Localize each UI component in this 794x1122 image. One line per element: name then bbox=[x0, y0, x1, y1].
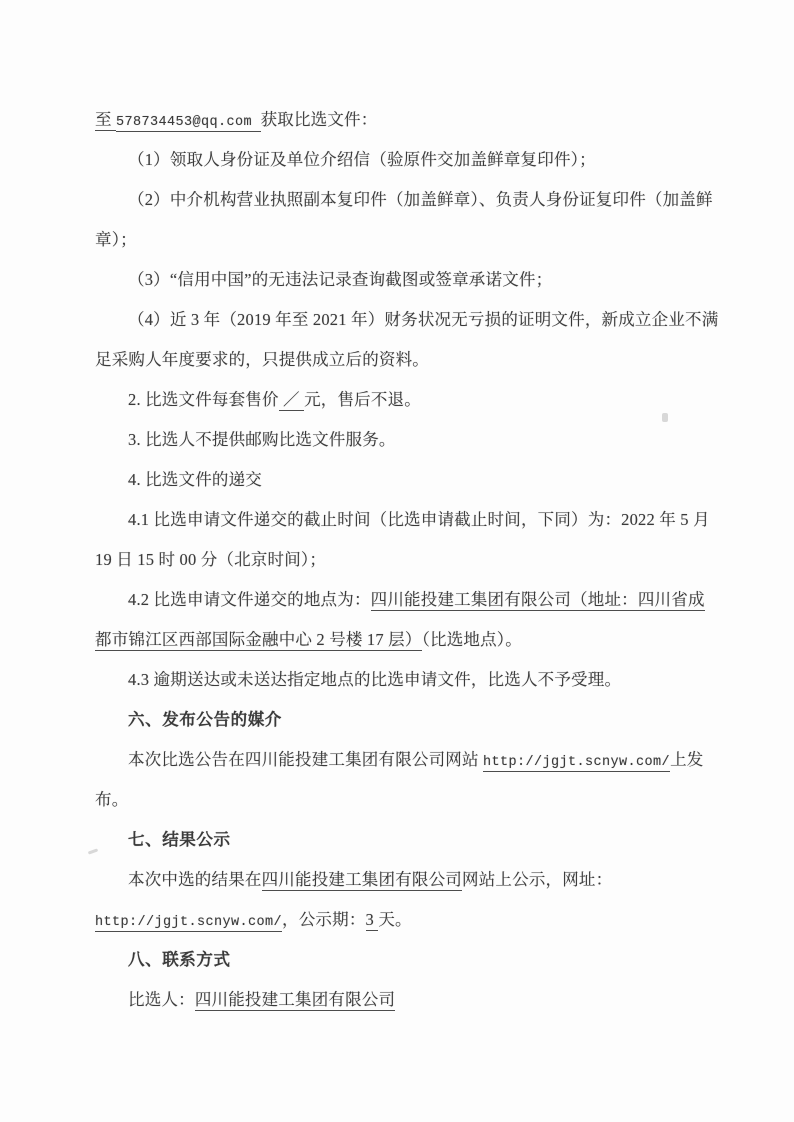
heading-8-contact: 八、联系方式 bbox=[95, 940, 710, 980]
website-url[interactable]: http://jgjt.scnyw.com/ bbox=[95, 915, 282, 932]
company-address: 都市锦江区西部国际金融中心 2 号楼 17 层） bbox=[95, 630, 422, 651]
clause-4-1-deadline: 4.1 比选申请文件递交的截止时间（比选申请截止时间，下同）为：2022 年 5… bbox=[95, 500, 710, 540]
text-run: 八、联系方式 bbox=[128, 950, 231, 969]
clause-4-2-location: 4.2 比选申请文件递交的地点为：四川能投建工集团有限公司（地址：四川省成 bbox=[95, 580, 710, 620]
item-2-continued: 章）； bbox=[95, 220, 710, 260]
text-run: （4）近 3 年（2019 年至 2021 年）财务状况无亏损的证明文件，新成立… bbox=[128, 310, 718, 329]
text-run: （1）领取人身份证及单位介绍信（验原件交加盖鲜章复印件）； bbox=[128, 150, 596, 169]
clause-4-1-continued: 19 日 15 时 00 分（北京时间）； bbox=[95, 540, 710, 580]
section-8-selector: 比选人：四川能投建工集团有限公司 bbox=[95, 980, 710, 1020]
text-run: ，公示期： bbox=[282, 910, 366, 929]
text-run: 六、发布公告的媒介 bbox=[128, 710, 282, 729]
text-run: 本次比选公告在四川能投建工集团有限公司网站 bbox=[128, 750, 483, 769]
publicity-period-days: 3 bbox=[366, 910, 379, 931]
text-run: 至 bbox=[95, 110, 116, 131]
section-7-body-continued: http://jgjt.scnyw.com/，公示期：3 天。 bbox=[95, 900, 710, 940]
document-page: 至 578734453@qq.com 获取比选文件：（1）领取人身份证及单位介绍… bbox=[0, 0, 794, 1122]
scan-artifact bbox=[662, 413, 668, 422]
text-run: 本次中选的结果在 bbox=[128, 870, 262, 889]
line-obtain-files: 至 578734453@qq.com 获取比选文件： bbox=[95, 100, 710, 140]
clause-3-no-mail-order: 3. 比选人不提供邮购比选文件服务。 bbox=[95, 420, 710, 460]
text-run: 元，售后不退。 bbox=[304, 390, 421, 409]
text-run: 4. 比选文件的递交 bbox=[128, 470, 262, 489]
section-6-body: 本次比选公告在四川能投建工集团有限公司网站 http://jgjt.scnyw.… bbox=[95, 740, 710, 780]
item-1: （1）领取人身份证及单位介绍信（验原件交加盖鲜章复印件）； bbox=[95, 140, 710, 180]
text-run: 19 日 15 时 00 分（北京时间）； bbox=[95, 550, 326, 569]
item-2: （2）中介机构营业执照副本复印件（加盖鲜章）、负责人身份证复印件（加盖鲜 bbox=[95, 180, 710, 220]
text-run: （比选地点）。 bbox=[422, 630, 522, 649]
section-7-body: 本次中选的结果在四川能投建工集团有限公司网站上公示，网址： bbox=[95, 860, 710, 900]
document-body: 至 578734453@qq.com 获取比选文件：（1）领取人身份证及单位介绍… bbox=[95, 100, 710, 1020]
item-3: （3）“信用中国”的无违法记录查询截图或签章承诺文件； bbox=[95, 260, 710, 300]
company-name: 四川能投建工集团有限公司（地址：四川省成 bbox=[371, 590, 705, 611]
text-run: 3. 比选人不提供邮购比选文件服务。 bbox=[128, 430, 396, 449]
price-blank: ／ bbox=[279, 390, 304, 411]
text-run: 4.1 比选申请文件递交的截止时间（比选申请截止时间，下同）为：2022 年 5… bbox=[128, 510, 710, 529]
website-url[interactable]: http://jgjt.scnyw.com/ bbox=[483, 755, 670, 772]
text-run: 天。 bbox=[378, 910, 411, 929]
email-address[interactable]: 578734453@qq.com bbox=[116, 115, 261, 132]
text-run: 4.2 比选申请文件递交的地点为： bbox=[128, 590, 371, 609]
company-name: 四川能投建工集团有限公司 bbox=[195, 990, 395, 1011]
text-run: 七、结果公示 bbox=[128, 830, 231, 849]
section-6-body-continued: 布。 bbox=[95, 780, 710, 820]
clause-4-2-continued: 都市锦江区西部国际金融中心 2 号楼 17 层）（比选地点）。 bbox=[95, 620, 710, 660]
text-run: 比选人： bbox=[128, 990, 195, 1009]
text-run: 2. 比选文件每套售价 bbox=[128, 390, 279, 409]
item-4: （4）近 3 年（2019 年至 2021 年）财务状况无亏损的证明文件，新成立… bbox=[95, 300, 710, 340]
item-4-continued: 足采购人年度要求的，只提供成立后的资料。 bbox=[95, 340, 710, 380]
company-name: 四川能投建工集团有限公司 bbox=[262, 870, 462, 891]
text-run: 上发 bbox=[670, 750, 703, 769]
text-run: （3）“信用中国”的无违法记录查询截图或签章承诺文件； bbox=[128, 270, 552, 289]
heading-7-results: 七、结果公示 bbox=[95, 820, 710, 860]
clause-2-price: 2. 比选文件每套售价 ／ 元，售后不退。 bbox=[95, 380, 710, 420]
text-run: 获取比选文件： bbox=[261, 110, 378, 129]
text-run: 4.3 逾期送达或未送达指定地点的比选申请文件，比选人不予受理。 bbox=[128, 670, 621, 689]
text-run: （2）中介机构营业执照副本复印件（加盖鲜章）、负责人身份证复印件（加盖鲜 bbox=[128, 190, 713, 209]
text-run: 章）； bbox=[95, 230, 137, 249]
heading-6-media: 六、发布公告的媒介 bbox=[95, 700, 710, 740]
text-run: 足采购人年度要求的，只提供成立后的资料。 bbox=[95, 350, 429, 369]
clause-4-submission: 4. 比选文件的递交 bbox=[95, 460, 710, 500]
text-run: 布。 bbox=[95, 790, 128, 809]
clause-4-3-late-delivery: 4.3 逾期送达或未送达指定地点的比选申请文件，比选人不予受理。 bbox=[95, 660, 710, 700]
text-run: 网站上公示，网址： bbox=[462, 870, 612, 889]
